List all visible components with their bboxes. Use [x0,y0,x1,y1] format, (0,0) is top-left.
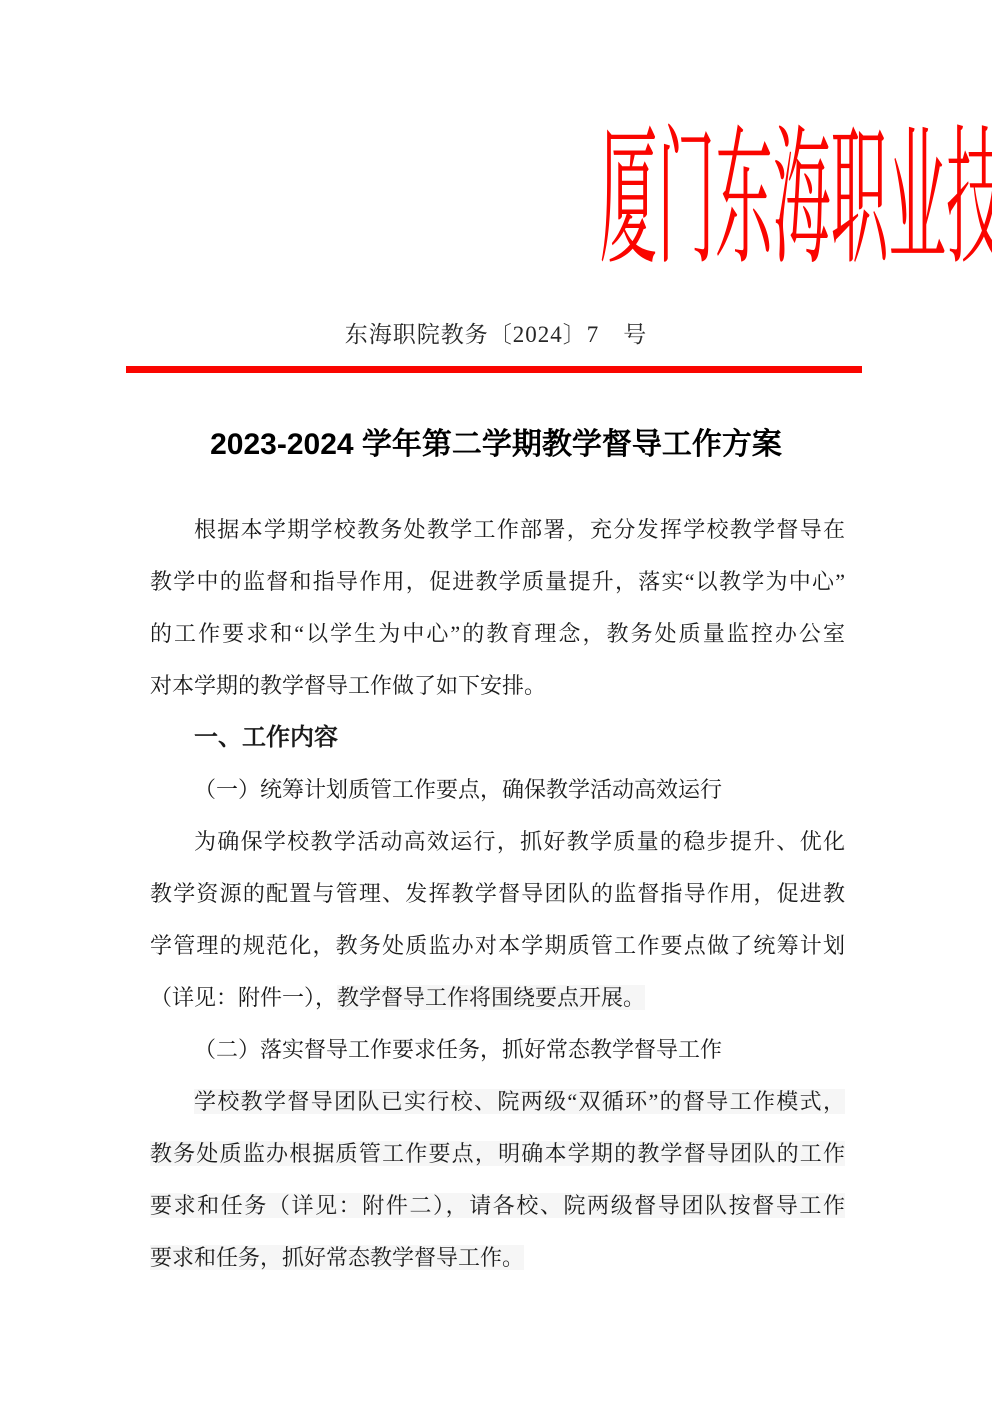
body-line: 要求和任务，抓好常态教学督导工作。 [150,1232,845,1284]
body-line: 教务处质监办根据质管工作要点，明确本学期的教学督导团队的工作 [150,1128,845,1180]
section-heading: 一、工作内容 [150,712,845,764]
body-line: 为确保学校教学活动高效运行，抓好教学质量的稳步提升、优化 [150,816,845,868]
letterhead: 厦门东海职业技术学院教务处 [0,120,992,280]
red-divider-line [126,366,862,373]
body-text: 对本学期的教学督导工作做了如下安排。 [150,673,546,698]
document-page: 厦门东海职业技术学院教务处 东海职院教务〔2024〕7 号 2023-2024 … [0,0,992,1403]
subsection-heading: （一）统筹计划质管工作要点，确保教学活动高效运行 [150,764,845,816]
subsection-heading: （二）落实督导工作要求任务，抓好常态教学督导工作 [150,1024,845,1076]
body-line: 的工作要求和“以学生为中心”的教育理念，教务处质量监控办公室 [150,608,845,660]
body-text: 教学资源的配置与管理、发挥教学督导团队的监督指导作用，促进教 [150,881,845,906]
body-line: 对本学期的教学督导工作做了如下安排。 [150,660,845,712]
letterhead-title: 厦门东海职业技术学院教务处 [600,120,992,280]
body-line: 要求和任务（详见：附件二），请各校、院两级督导团队按督导工作 [150,1180,845,1232]
document-body: 根据本学期学校教务处教学工作部署，充分发挥学校教学督导在教学中的监督和指导作用，… [150,504,845,1284]
document-title: 2023-2024 学年第二学期教学督导工作方案 [0,424,992,466]
body-line: 学管理的规范化，教务处质监办对本学期质管工作要点做了统筹计划 [150,920,845,972]
document-number: 东海职院教务〔2024〕7 号 [0,318,992,352]
highlighted-text: 教务处质监办根据质管工作要点，明确本学期的教学督导团队的工作 [150,1141,845,1166]
highlighted-text: 要求和任务，抓好常态教学督导工作。 [150,1245,524,1270]
body-line: 根据本学期学校教务处教学工作部署，充分发挥学校教学督导在 [150,504,845,556]
body-text: （详见：附件一）， [150,985,337,1010]
highlighted-text: 学校教学督导团队已实行校、院两级“双循环”的督导工作模式， [194,1089,845,1114]
body-text: 教学中的监督和指导作用，促进教学质量提升，落实“以教学为中心” [150,569,845,594]
body-text: 根据本学期学校教务处教学工作部署，充分发挥学校教学督导在 [194,517,845,542]
body-line: 教学中的监督和指导作用，促进教学质量提升，落实“以教学为中心” [150,556,845,608]
body-text: 的工作要求和“以学生为中心”的教育理念，教务处质量监控办公室 [150,621,845,646]
body-text: 为确保学校教学活动高效运行，抓好教学质量的稳步提升、优化 [194,829,845,854]
body-line: （详见：附件一），教学督导工作将围绕要点开展。 [150,972,845,1024]
body-line: 学校教学督导团队已实行校、院两级“双循环”的督导工作模式， [150,1076,845,1128]
body-text: 学管理的规范化，教务处质监办对本学期质管工作要点做了统筹计划 [150,933,845,958]
body-line: 教学资源的配置与管理、发挥教学督导团队的监督指导作用，促进教 [150,868,845,920]
highlighted-text: 教学督导工作将围绕要点开展。 [337,985,645,1010]
highlighted-text: 要求和任务（详见：附件二），请各校、院两级督导团队按督导工作 [150,1193,845,1218]
